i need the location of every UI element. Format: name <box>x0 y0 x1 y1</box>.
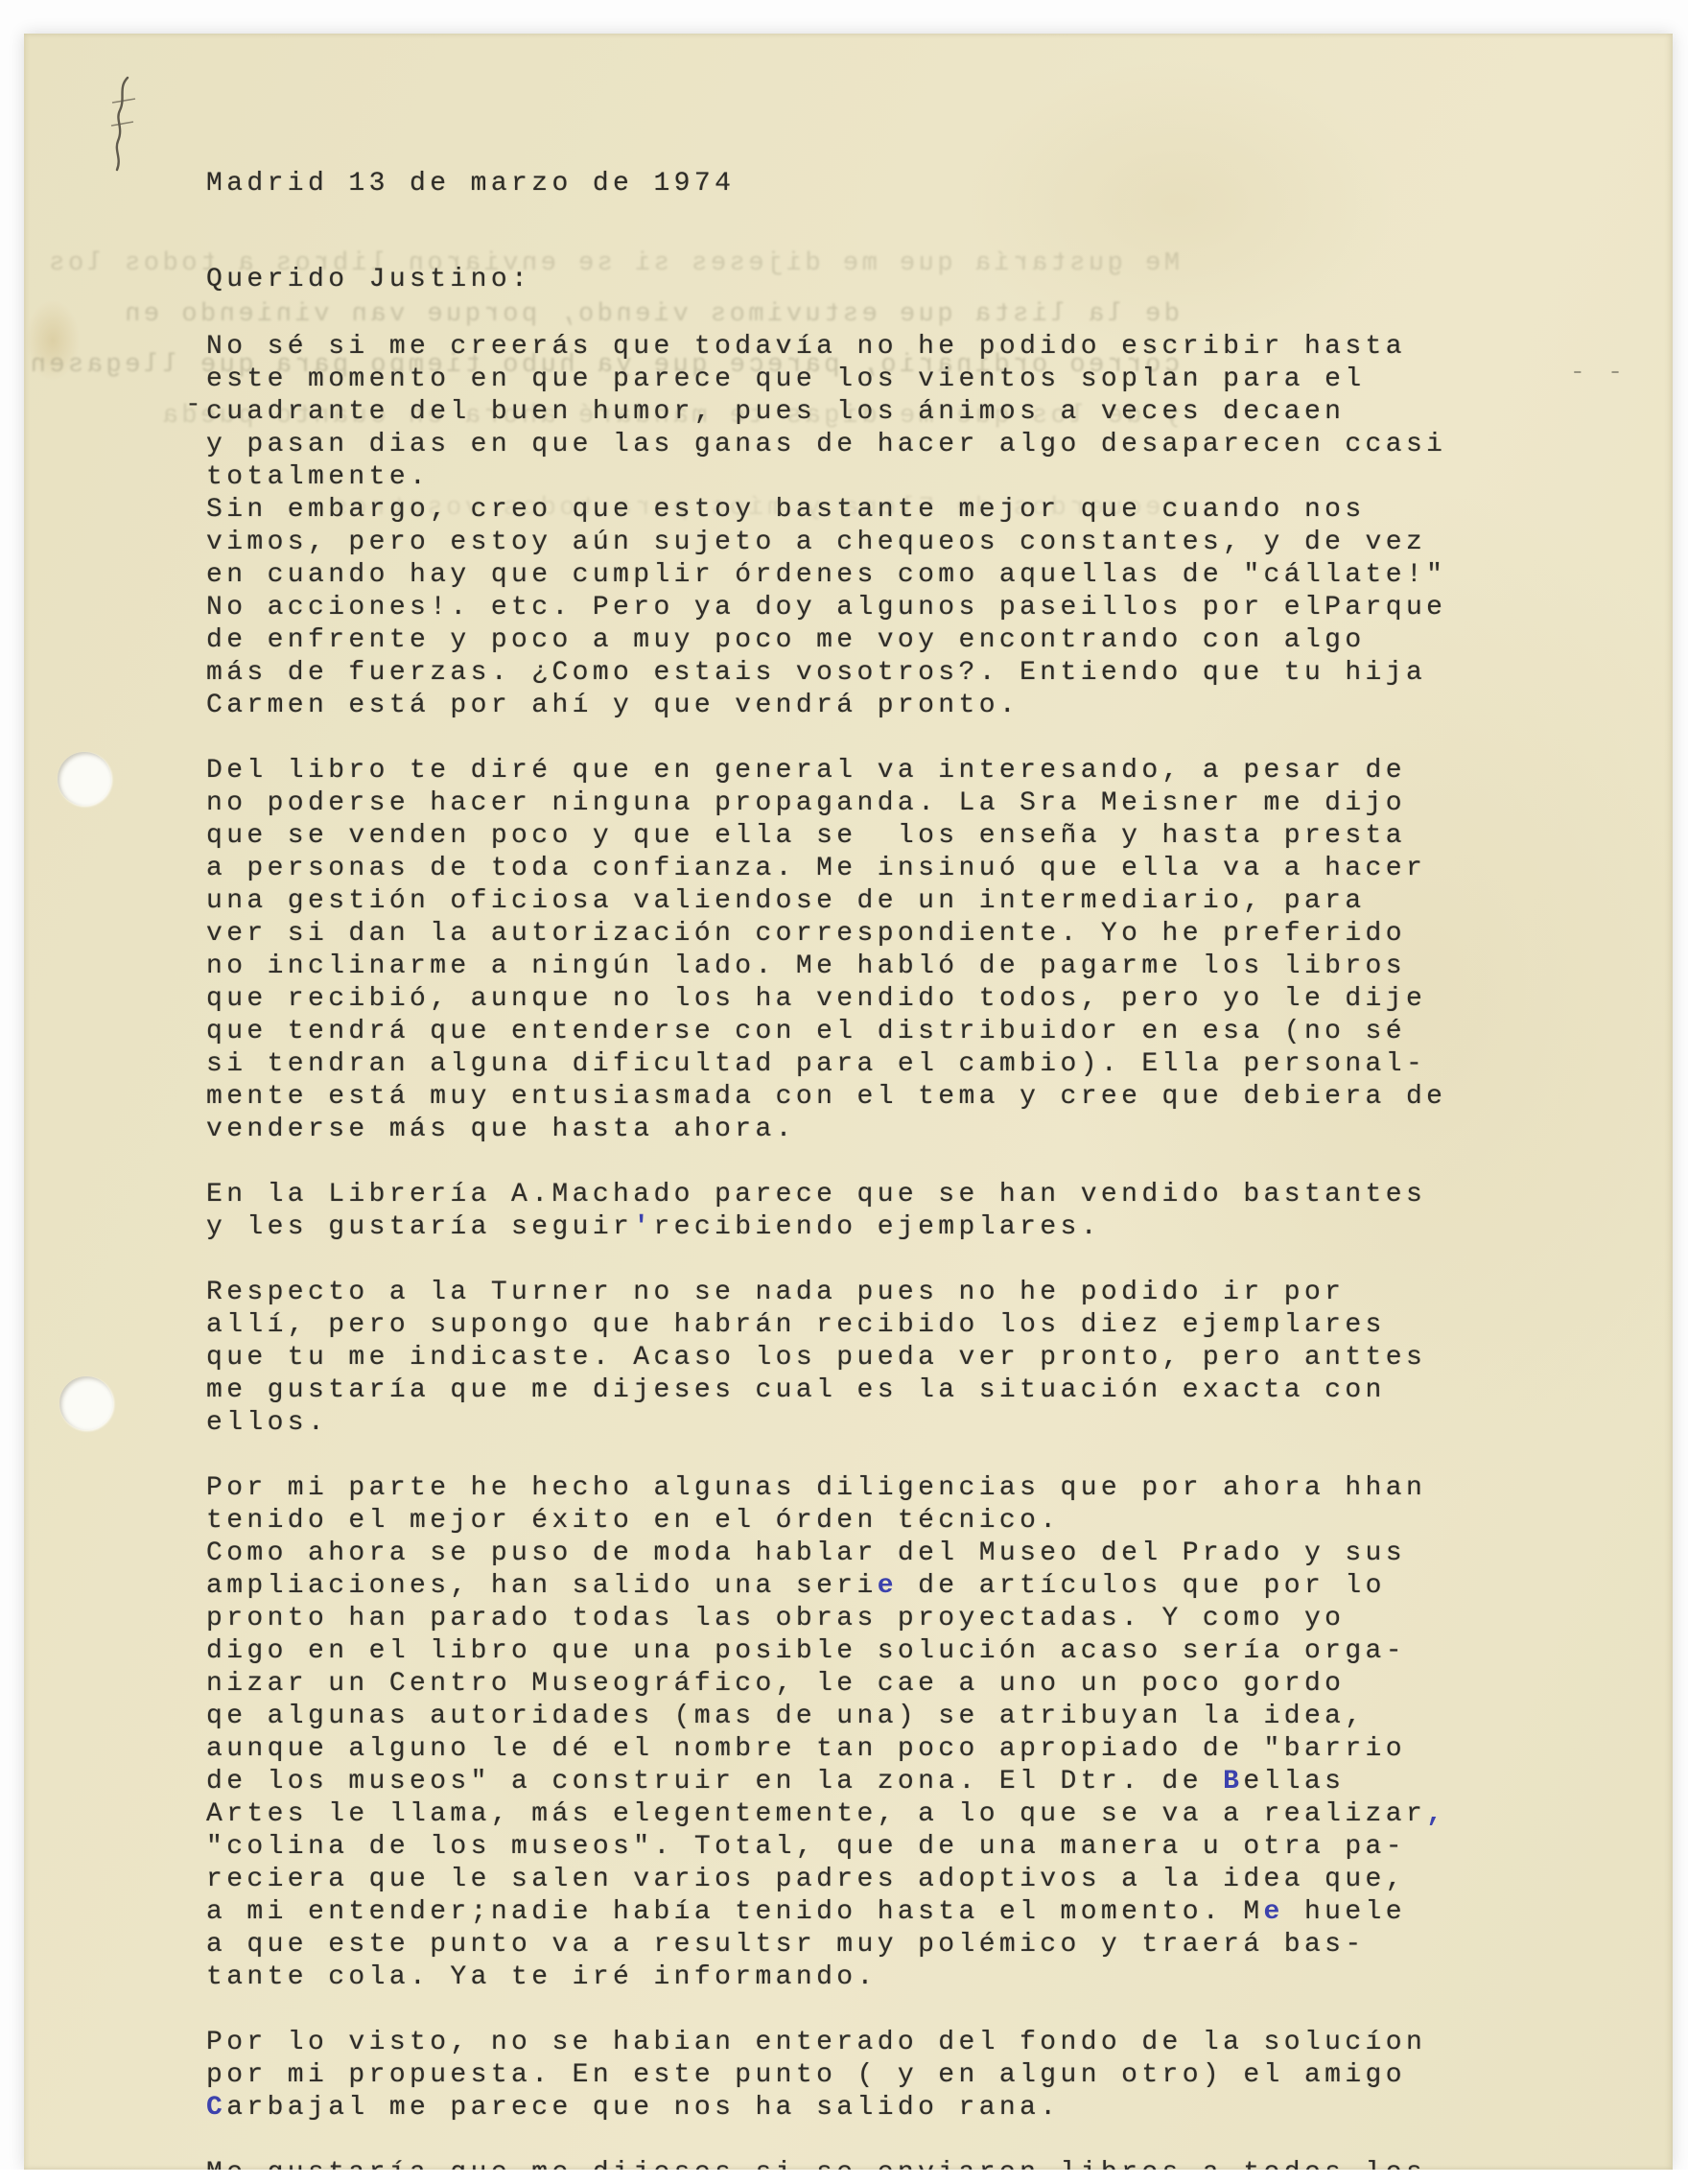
paragraph: Me gustaría que me dijeses si se enviaro… <box>206 2157 1482 2170</box>
blue-ink-correction: e <box>1264 1897 1284 1927</box>
pen-scribble <box>99 70 147 176</box>
typewritten-text: "colina de los museos". Total, que de un… <box>206 1832 1406 1927</box>
letter-paper: Me gustaría que me dijeses si se enviaro… <box>24 34 1673 2170</box>
bleed-through-line: de la lista que estuvimos viendo, porque… <box>77 300 1180 329</box>
paragraph: Respecto a la Turner no se nada pues no … <box>206 1277 1482 1440</box>
typewritten-text: Por mi parte he hecho algunas diligencia… <box>206 1473 1426 1536</box>
blue-ink-correction: , <box>1426 1799 1446 1829</box>
scanned-letter-page: { "colors":{ "paper":"#ebe4c6", "ink":"#… <box>0 0 1688 2184</box>
hole-punch-bottom <box>59 1376 113 1430</box>
typewritten-text: de artículos que por lo pronto han parad… <box>206 1571 1406 1797</box>
paragraph: Sin embargo, creo que estoy bastante mej… <box>206 494 1482 722</box>
typewritten-text: Sin embargo, creo que estoy bastante mej… <box>206 495 1446 720</box>
paragraph: Por lo visto, no se habian enterado del … <box>206 2027 1482 2125</box>
paragraph: No sé si me creerás que todavía no he po… <box>206 331 1482 494</box>
blue-ink-correction: B <box>1223 1767 1243 1797</box>
typewritten-text: Respecto a la Turner no se nada pues no … <box>206 1278 1426 1438</box>
blue-ink-correction: C <box>206 2093 226 2123</box>
scan-bottom-band <box>0 2170 1688 2184</box>
blue-ink-correction: e <box>878 1571 898 1601</box>
typewritten-text: arbajal me parece que nos ha salido rana… <box>226 2093 1060 2123</box>
typewritten-text: Del libro te diré que en general va inte… <box>206 756 1446 1144</box>
typewritten-text: Por lo visto, no se habian enterado del … <box>206 2028 1426 2090</box>
letter-body: No sé si me creerás que todavía no he po… <box>206 331 1482 2170</box>
letter-salutation: Querido Justino: <box>206 264 531 296</box>
typewritten-text: recibiendo ejemplares. <box>653 1212 1100 1242</box>
paragraph: En la Librería A.Machado parece que se h… <box>206 1179 1482 1244</box>
typewritten-text: No sé si me creerás que todavía no he po… <box>206 332 1446 492</box>
blue-ink-correction: ' <box>633 1212 653 1242</box>
paragraph: Del libro te diré que en general va inte… <box>206 755 1482 1146</box>
typewritten-text: Me gustaría que me dijeses si se enviaro… <box>206 2158 1426 2170</box>
letter-date: Madrid 13 de marzo de 1974 <box>206 168 735 200</box>
paragraph: Como ahora se puso de moda hablar del Mu… <box>206 1538 1482 1994</box>
margin-dash-mark: - <box>185 390 201 420</box>
margin-pencil-marks: - - <box>1570 358 1627 387</box>
hole-punch-top <box>58 752 111 806</box>
paragraph: Por mi parte he hecho algunas diligencia… <box>206 1472 1482 1538</box>
